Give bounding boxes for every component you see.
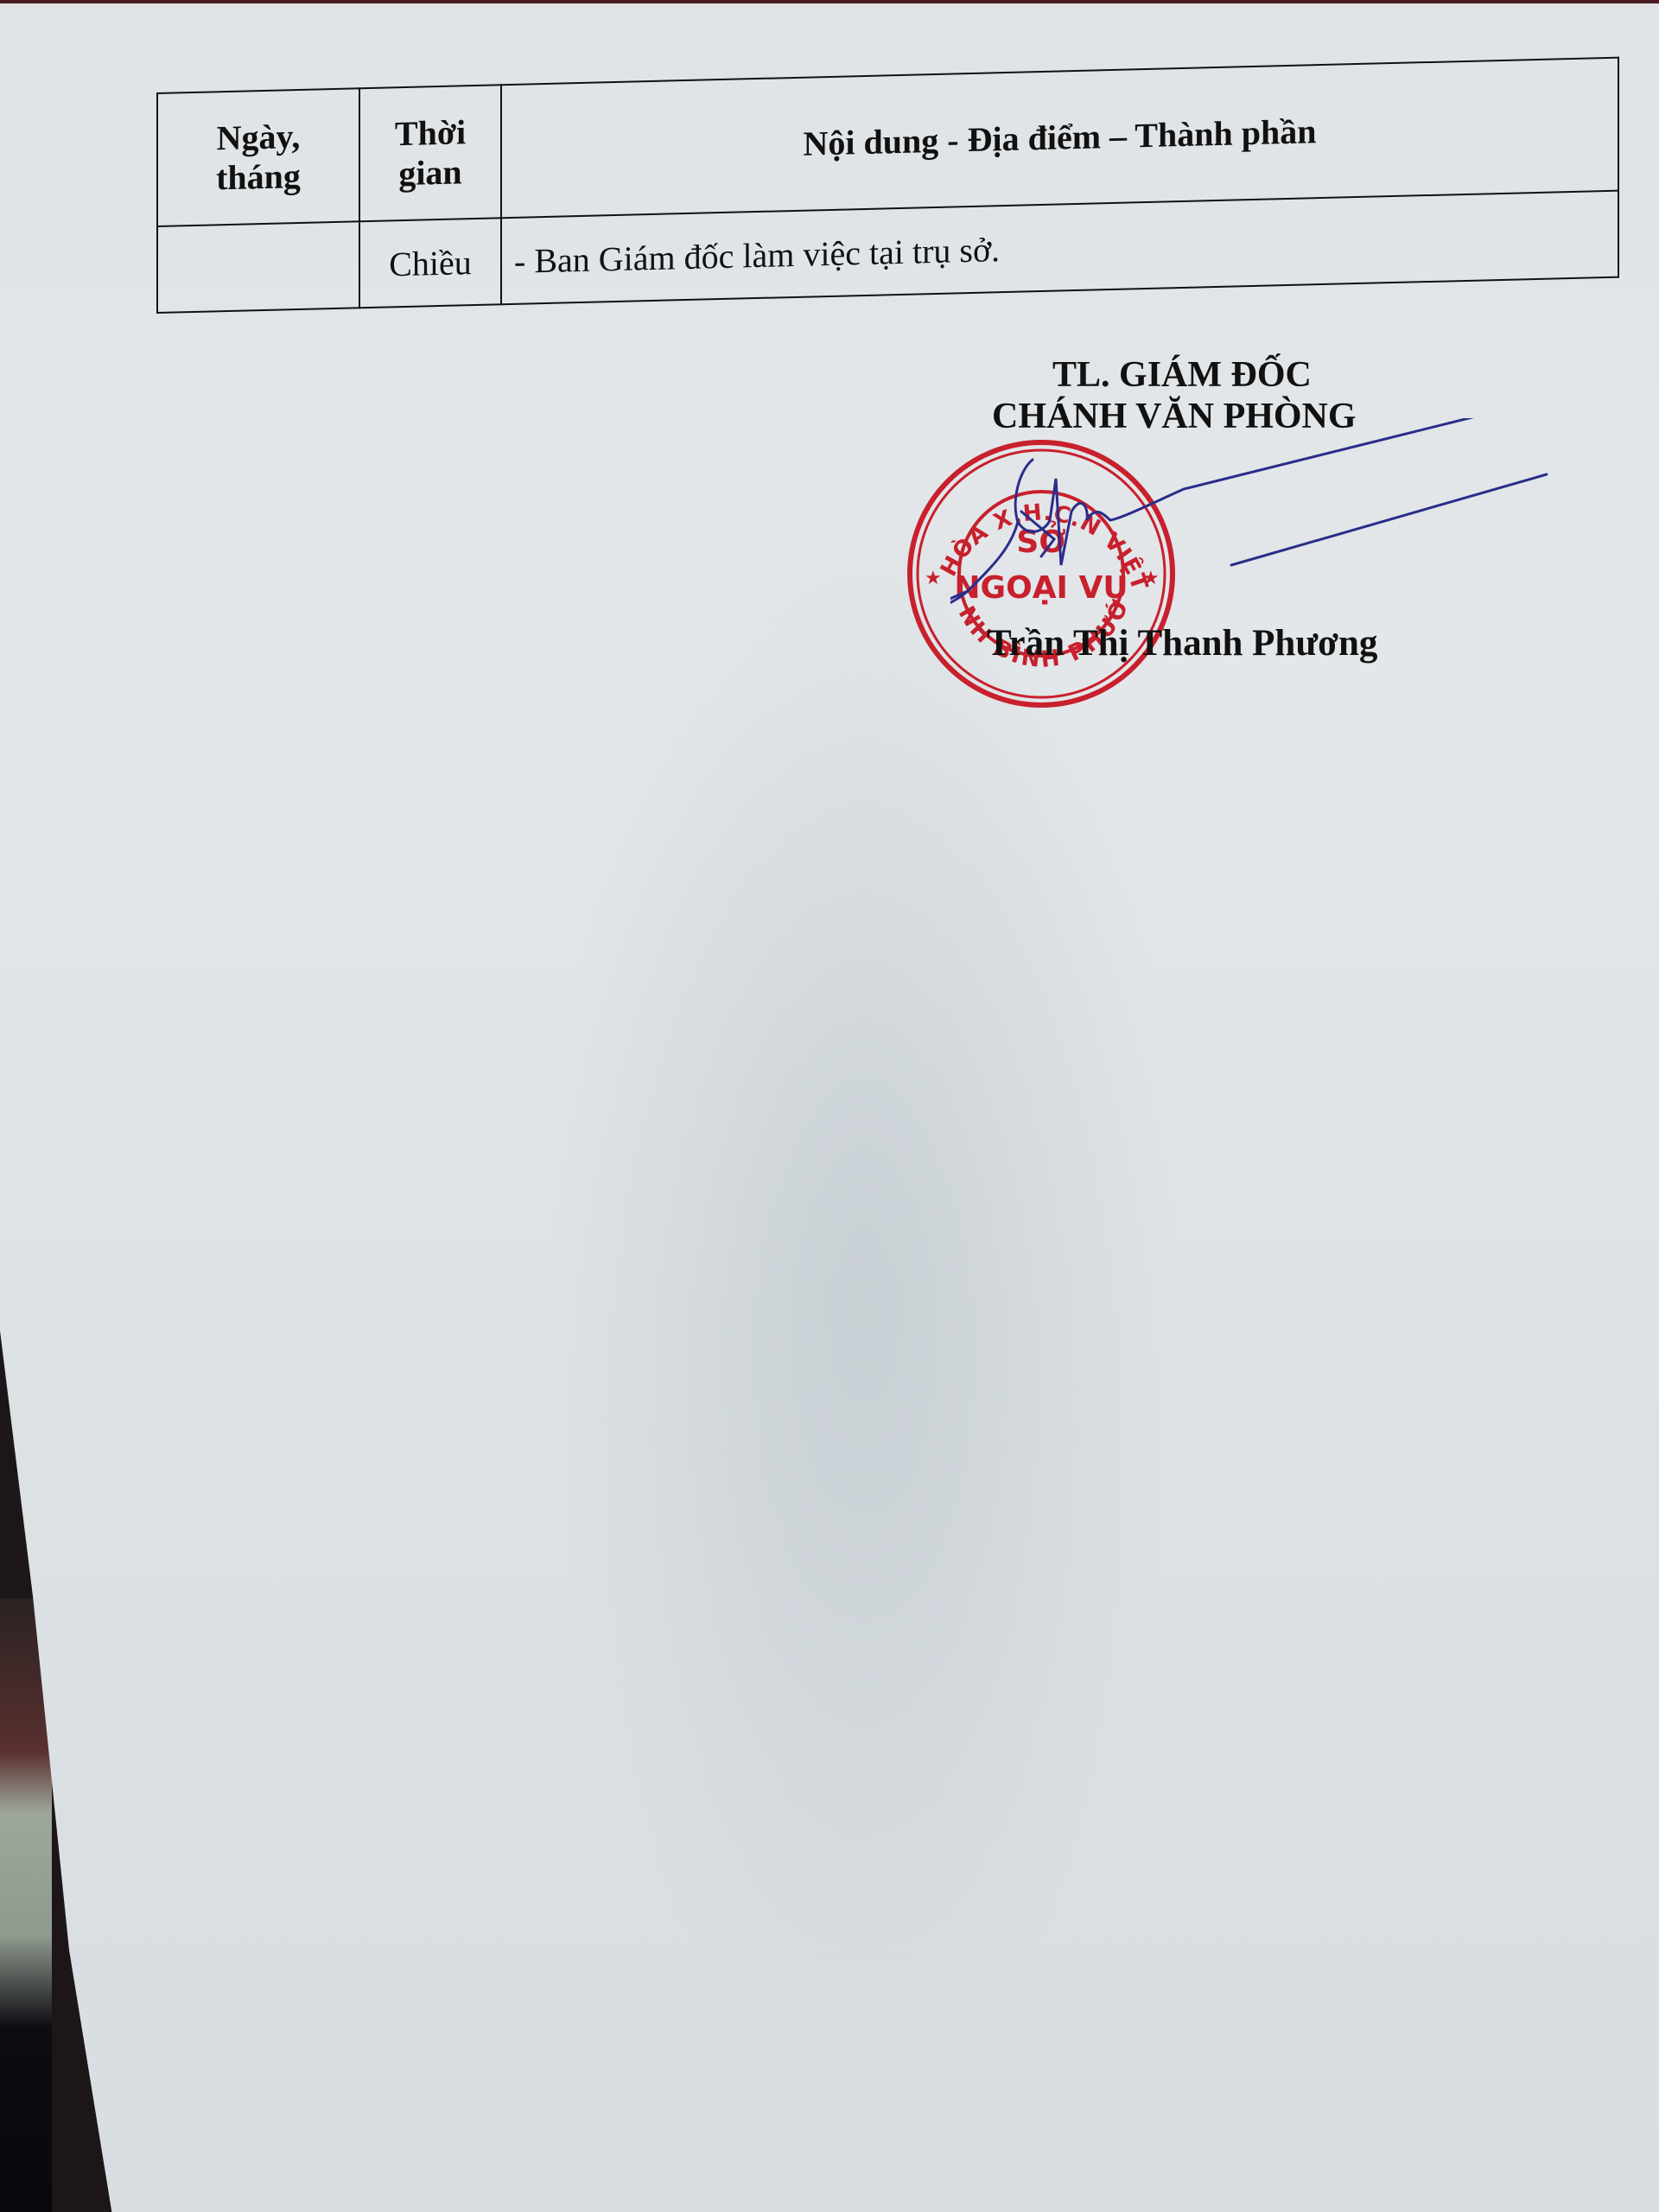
- cell-time: Chiều: [359, 218, 501, 308]
- header-time-line2: gian: [361, 151, 499, 194]
- header-date: Ngày, tháng: [157, 88, 359, 226]
- header-date-line1: Ngày,: [159, 115, 358, 160]
- signature-title-line1: TL. GIÁM ĐỐC: [1052, 354, 1312, 396]
- svg-text:★: ★: [925, 568, 942, 589]
- header-time: Thời gian: [359, 85, 501, 221]
- schedule-table: Ngày, tháng Thời gian Nội dung - Địa điể…: [156, 57, 1619, 314]
- paper-sheet: Ngày, tháng Thời gian Nội dung - Địa điể…: [0, 3, 1659, 2212]
- header-date-line2: tháng: [159, 155, 358, 200]
- handwritten-signature-icon: [950, 418, 1573, 677]
- header-time-line1: Thời: [361, 111, 499, 155]
- cell-date: [157, 221, 359, 313]
